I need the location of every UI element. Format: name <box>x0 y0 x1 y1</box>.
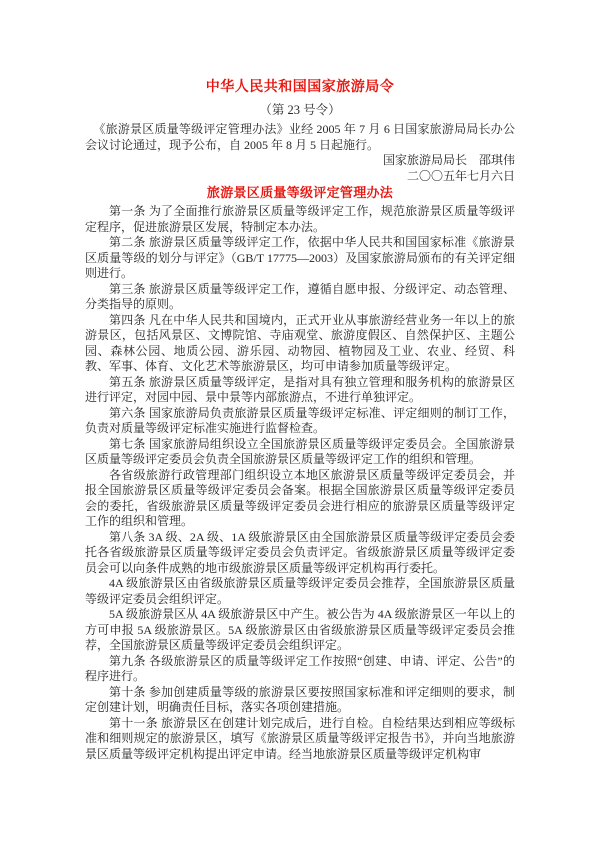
document-content: 中华人民共和国国家旅游局令 （第 23 号令） 《旅游景区质量等级评定管理办法》… <box>85 79 515 762</box>
order-announcement: 《旅游景区质量等级评定管理办法》业经 2005 年 7 月 6 日国家旅游局局长… <box>85 122 515 153</box>
regulation-paragraph-11: 5A 级旅游景区从 4A 级旅游景区中产生。被公告为 4A 级旅游景区一年以上的… <box>85 607 515 654</box>
regulation-paragraph-10: 4A 级旅游景区由省级旅游景区质量等级评定委员会推荐，全国旅游景区质量等级评定委… <box>85 576 515 607</box>
signature-name-line: 国家旅游局局长 邵琪伟 <box>85 153 515 169</box>
regulation-paragraph-9: 第八条 3A 级、2A 级、1A 级旅游景区由全国旅游景区质量等级评定委员会委托… <box>85 530 515 577</box>
signature-date-line: 二〇〇五年七月六日 <box>85 169 515 185</box>
regulation-paragraph-5: 第五条 旅游景区质量等级评定，是指对具有独立管理和服务机构的旅游景区进行评定，对… <box>85 375 515 406</box>
regulation-paragraph-12: 第九条 各级旅游景区的质量等级评定工作按照“创建、申请、评定、公告”的程序进行。 <box>85 654 515 685</box>
regulation-paragraph-13: 第十条 参加创建质量等级的旅游景区要按照国家标准和评定细则的要求，制定创建计划，… <box>85 685 515 716</box>
regulation-paragraph-2: 第二条 旅游景区质量等级评定工作，依据中华人民共和国国家标准《旅游景区质量等级的… <box>85 235 515 282</box>
regulation-title: 旅游景区质量等级评定管理办法 <box>85 185 515 201</box>
regulation-paragraph-4: 第四条 凡在中华人民共和国境内，正式开业从事旅游经营业务一年以上的旅游景区，包括… <box>85 313 515 375</box>
regulation-paragraph-6: 第六条 国家旅游局负责旅游景区质量等级评定标准、评定细则的制订工作，负责对质量等… <box>85 406 515 437</box>
document-page: 中华人民共和国国家旅游局令 （第 23 号令） 《旅游景区质量等级评定管理办法》… <box>0 0 595 842</box>
order-number-line: （第 23 号令） <box>85 103 515 118</box>
regulation-paragraph-3: 第三条 旅游景区质量等级评定工作，遵循自愿申报、分级评定、动态管理、分类指导的原… <box>85 282 515 313</box>
regulation-paragraph-1: 第一条 为了全面推行旅游景区质量等级评定工作，规范旅游景区质量等级评定程序，促进… <box>85 204 515 235</box>
regulation-paragraph-14: 第十一条 旅游景区在创建计划完成后，进行自检。自检结果达到相应等级标准和细则规定… <box>85 716 515 763</box>
regulation-paragraph-8: 各省级旅游行政管理部门组织设立本地区旅游景区质量等级评定委员会，并报全国旅游景区… <box>85 468 515 530</box>
regulation-paragraph-7: 第七条 国家旅游局组织设立全国旅游景区质量等级评定委员会。全国旅游景区质量等级评… <box>85 437 515 468</box>
order-title: 中华人民共和国国家旅游局令 <box>85 79 515 96</box>
